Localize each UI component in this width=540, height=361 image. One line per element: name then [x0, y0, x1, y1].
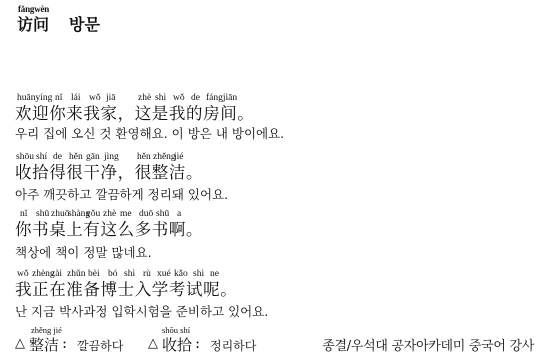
- sentence-1-chinese: 欢迎你来我家，这是我的房间。: [15, 100, 254, 124]
- vocab-1-chinese: 整洁: [29, 334, 59, 355]
- sentence-4-chinese: 我正在准备博士入学考试呢。: [15, 276, 237, 300]
- triangle-icon: △: [148, 336, 158, 351]
- sentence-3-korean: 책상에 책이 정말 많네요.: [15, 243, 152, 261]
- author-credit: 종결/우석대 공자아카데미 중국어 강사: [322, 335, 534, 354]
- vocab-2-korean: 정리하다: [210, 337, 256, 354]
- sentence-4-korean: 난 지금 박사과정 입학시험을 준비하고 있어요.: [15, 302, 268, 320]
- vocab-2-chinese: 收拾: [162, 334, 192, 355]
- vocab-1-colon: :: [62, 334, 67, 352]
- title-chinese: 访问: [17, 12, 49, 35]
- sentence-2-korean: 아주 깨끗하고 깔끔하게 정리돼 있어요.: [15, 185, 228, 203]
- sentence-2-chinese: 收拾得很干净，很整洁。: [15, 159, 203, 183]
- triangle-icon: △: [15, 336, 25, 351]
- sentence-1-korean: 우리 집에 오신 것 환영해요. 이 방은 내 방이에요.: [15, 124, 284, 142]
- sentence-3-chinese: 你书桌上有这么多书啊。: [15, 216, 203, 240]
- vocab-2-colon: :: [195, 334, 200, 352]
- title-korean: 방문: [69, 12, 100, 35]
- vocab-1-korean: 깔끔하다: [77, 337, 123, 354]
